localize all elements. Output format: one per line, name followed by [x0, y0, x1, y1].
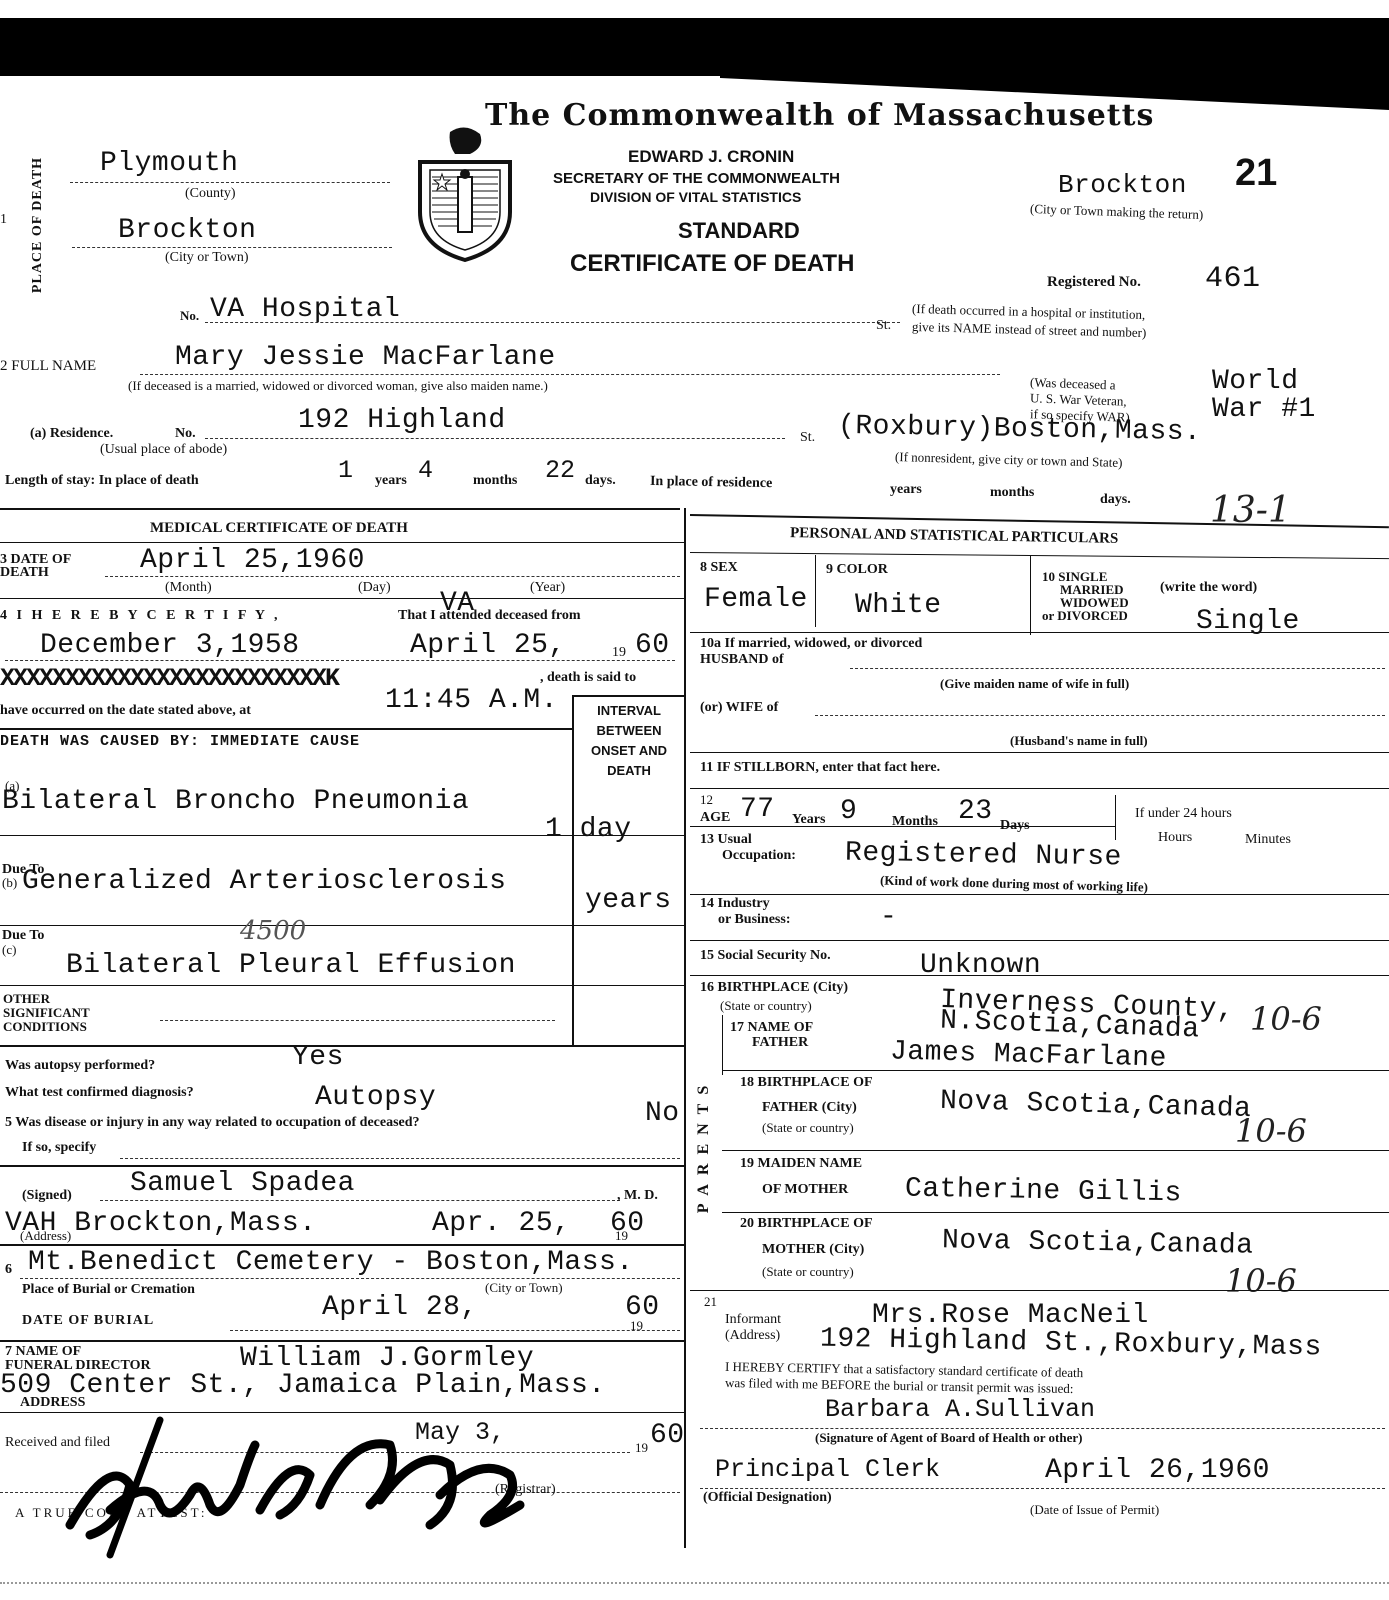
full-name-note: (If deceased is a married, widowed or di… — [128, 378, 548, 394]
stay-years-label: years — [375, 473, 407, 489]
informant-item-number: 21 — [704, 1294, 717, 1310]
physician-name: Samuel Spadea — [130, 1168, 355, 1199]
burial-date-label: DATE OF BURIAL — [22, 1313, 154, 1329]
rule — [722, 1212, 1389, 1213]
city-line — [72, 247, 392, 248]
occupation-value: Registered Nurse — [845, 838, 1122, 874]
birthplace-code: 10-6 — [1250, 1000, 1322, 1038]
father-birthplace: Nova Scotia,Canada — [940, 1086, 1252, 1125]
hours-label: Hours — [1158, 830, 1192, 846]
industry-value: - — [880, 902, 897, 933]
mother-birthplace-label: 20 BIRTHPLACE OF — [740, 1216, 873, 1232]
rule — [690, 940, 1389, 941]
rule — [0, 1340, 684, 1342]
attended-to: April 25, — [410, 630, 566, 661]
rule — [690, 1290, 1389, 1291]
color-value: White — [855, 590, 942, 621]
death-said-to: , death is said to — [540, 670, 636, 686]
informant-address: 192 Highland St.,Roxbury,Mass — [820, 1324, 1322, 1364]
burial-item-number: 6 — [5, 1262, 12, 1278]
usual-abode-label: (Usual place of abode) — [100, 442, 227, 458]
interval-box: INTERVAL BETWEEN ONSET AND DEATH — [572, 695, 684, 1045]
rule — [722, 1150, 1389, 1151]
left-section-top-rule — [0, 508, 680, 510]
division-title: DIVISION OF VITAL STATISTICS — [590, 189, 801, 205]
age-label: AGE — [700, 810, 730, 826]
test-value: Autopsy — [315, 1082, 436, 1113]
wife-line — [815, 715, 1385, 716]
cause-b-interval: years — [585, 885, 672, 916]
place-of-death-side-label: PLACE OF DEATH — [28, 130, 48, 320]
md-label: , M. D. — [617, 1188, 658, 1204]
scan-top-black-bar — [0, 18, 1389, 76]
county-label: (County) — [185, 186, 236, 202]
mother-birthplace-state-label: (State or country) — [762, 1264, 854, 1280]
cause-b-label: (b) — [2, 875, 17, 891]
burial-place: Mt.Benedict Cemetery - Boston,Mass. — [28, 1247, 634, 1278]
burial-year: 60 — [625, 1292, 660, 1323]
registered-no-label: Registered No. — [1047, 274, 1141, 291]
father-birthplace-city-label: FATHER (City) — [762, 1100, 857, 1116]
mother-birthplace-city-label: MOTHER (City) — [762, 1242, 864, 1258]
rule — [0, 598, 684, 599]
st-label: St. — [876, 318, 891, 334]
residence-stay-label: In place of residence — [650, 474, 772, 492]
designation-line — [700, 1488, 1385, 1489]
other-conditions-label: OTHER SIGNIFICANT CONDITIONS — [3, 992, 90, 1034]
column-divider — [684, 508, 686, 1548]
received-year: 60 — [650, 1420, 685, 1451]
rule — [0, 1244, 684, 1246]
veteran-war-line-2: War #1 — [1212, 394, 1316, 425]
burial-place-label: Place of Burial or Cremation — [22, 1282, 195, 1298]
cause-a-value: Bilateral Broncho Pneumonia — [2, 786, 469, 817]
full-name-line — [140, 374, 1000, 375]
rule — [0, 728, 572, 730]
rule — [0, 1412, 684, 1413]
date-of-death-label: 3 DATE OFDEATH — [0, 553, 71, 579]
stay-months: 4 — [418, 456, 433, 485]
parents-side-label: PARENTS — [694, 1070, 714, 1220]
mother-name: Catherine Gillis — [905, 1174, 1182, 1210]
cause-c-handwritten-code: 4500 — [240, 916, 306, 946]
physician-date: Apr. 25, — [432, 1208, 570, 1239]
form-type-standard: STANDARD — [678, 218, 800, 244]
funeral-address-label: ADDRESS — [20, 1395, 85, 1411]
age-days: 23 — [958, 796, 993, 827]
scan-bottom-edge — [0, 1582, 1389, 1584]
residence-no-label: No. — [175, 426, 196, 442]
industry-label: 14 Industryor Business: — [700, 896, 790, 928]
marital-labels: 10 SINGLE MARRIED WIDOWED or DIVORCED — [1042, 570, 1129, 622]
mother-birthplace: Nova Scotia,Canada — [942, 1225, 1254, 1261]
rule — [1115, 795, 1116, 840]
rule — [690, 975, 1389, 976]
permit-date: April 26,1960 — [1045, 1455, 1270, 1486]
attended-year-prefix: 19 — [612, 645, 626, 661]
funeral-director-address: 509 Center St., Jamaica Plain,Mass. — [0, 1370, 606, 1401]
county-line — [70, 182, 390, 183]
mother-label: 19 MAIDEN NAME — [740, 1156, 862, 1172]
stay-days-label: days. — [585, 473, 616, 489]
city-making-return-label: (City or Town making the return) — [1030, 201, 1204, 223]
county-value: Plymouth — [100, 148, 238, 179]
personal-section-title: PERSONAL AND STATISTICAL PARTICULARS — [790, 525, 1119, 548]
physician-line — [100, 1200, 620, 1201]
res-months-label: months — [990, 485, 1034, 501]
time-of-death: 11:45 A.M. — [385, 685, 558, 716]
signed-label: (Signed) — [22, 1188, 72, 1204]
street-value: VA Hospital — [210, 294, 400, 325]
date-of-death-value: April 25,1960 — [140, 545, 365, 576]
residence-street-value: 192 Highland — [298, 405, 506, 436]
husband-line — [850, 668, 1385, 669]
secretary-title: SECRETARY OF THE COMMONWEALTH — [553, 170, 840, 187]
massachusetts-seal-icon — [410, 122, 520, 262]
rule — [0, 985, 684, 986]
father-birthplace-state-label: (State or country) — [762, 1120, 854, 1136]
father-birthplace-label: 18 BIRTHPLACE OF — [740, 1075, 873, 1091]
res-years-label: years — [890, 482, 922, 498]
agent-label: (Signature of Agent of Board of Health o… — [815, 1430, 1082, 1446]
sex-label: 8 SEX — [700, 560, 738, 576]
burial-date: April 28, — [322, 1292, 478, 1323]
city-label: (City or Town) — [165, 250, 249, 266]
rule — [690, 826, 1115, 827]
street-line — [205, 322, 900, 323]
date-of-death-line — [105, 576, 680, 577]
occupation-label: 13 UsualOccupation: — [700, 832, 796, 864]
rule — [690, 632, 1389, 633]
stay-days: 22 — [545, 456, 575, 485]
cause-c-label: (c) — [2, 942, 16, 958]
page-number: 21 — [1235, 152, 1277, 195]
occupation-related-value: No — [645, 1098, 680, 1129]
residence-label: (a) Residence. — [30, 426, 113, 442]
city-making-return: Brockton — [1058, 170, 1187, 200]
received-year-prefix: 19 — [635, 1440, 648, 1456]
month-label: (Month) — [165, 580, 212, 596]
residence-st-label: St. — [800, 430, 815, 446]
attended-year: 60 — [635, 630, 670, 661]
rule — [0, 925, 684, 926]
age-months-label: Months — [892, 814, 938, 830]
full-name-label: 2 FULL NAME — [0, 358, 96, 375]
year-label: (Year) — [530, 580, 565, 596]
day-label: (Day) — [358, 580, 391, 596]
stay-years: 1 — [338, 456, 353, 485]
occurred-label: have occurred on the date stated above, … — [0, 703, 251, 719]
veteran-war-line-1: World — [1212, 366, 1299, 397]
sex-value: Female — [704, 584, 808, 615]
physician-address: VAH Brockton,Mass. — [5, 1208, 316, 1239]
autopsy-label: Was autopsy performed? — [5, 1058, 155, 1074]
informant-address-label: (Address) — [725, 1328, 780, 1344]
rule — [0, 1165, 684, 1167]
rule — [1030, 555, 1031, 635]
item-1-number: 1 — [0, 212, 7, 228]
medical-section-title: MEDICAL CERTIFICATE OF DEATH — [150, 520, 408, 537]
wife-note: (Husband's name in full) — [1010, 733, 1148, 749]
stay-months-label: months — [473, 473, 517, 489]
rule — [690, 788, 1389, 789]
res-days-label: days. — [1100, 492, 1131, 508]
agent-line — [700, 1428, 1385, 1429]
no-label: No. — [180, 308, 199, 324]
occupation-note: (Kind of work done during most of workin… — [880, 872, 1148, 895]
certify-text: That I attended deceased from — [398, 608, 581, 624]
occupation-related-label: 5 Was disease or injury in any way relat… — [5, 1115, 420, 1131]
specify-line — [120, 1158, 680, 1159]
rule — [722, 1015, 723, 1075]
stillborn-label: 11 IF STILLBORN, enter that fact here. — [700, 760, 940, 776]
ssn-label: 15 Social Security No. — [700, 948, 831, 964]
burial-date-line — [230, 1330, 680, 1331]
residence-city-value: (Roxbury)Boston,Mass. — [838, 411, 1202, 448]
other-conditions-line — [160, 1020, 555, 1021]
informant-label: Informant — [725, 1312, 781, 1328]
cause-c-value: Bilateral Pleural Effusion — [66, 950, 516, 981]
caused-by-label: DEATH WAS CAUSED BY: IMMEDIATE CAUSE — [0, 733, 360, 750]
form-type-certificate: CERTIFICATE OF DEATH — [570, 250, 854, 278]
cause-b-value: Generalized Arteriosclerosis — [22, 866, 506, 897]
color-label: 9 COLOR — [826, 562, 888, 578]
length-of-stay-label: Length of stay: In place of death — [5, 473, 199, 489]
husband-note: (Give maiden name of wife in full) — [940, 676, 1129, 692]
cause-a-interval: 1 day — [545, 814, 632, 845]
residence-street-line — [205, 438, 785, 439]
attended-line — [5, 660, 675, 661]
struck-out-text: XXXXXXXXXXXXXXXXXXXXXXXXXK — [0, 664, 338, 693]
attended-from: December 3,1958 — [40, 630, 300, 661]
father-name: James MacFarlane — [890, 1036, 1168, 1074]
age-item-number: 12 — [700, 792, 713, 808]
hospital-note-2: give its NAME instead of street and numb… — [912, 319, 1147, 341]
attended-by-overtype: VA — [440, 588, 475, 619]
rule — [0, 542, 684, 543]
burial-city-label: (City or Town) — [485, 1280, 563, 1296]
secretary-name: EDWARD J. CRONIN — [628, 147, 794, 167]
rule — [690, 894, 1389, 895]
age-months: 9 — [840, 796, 857, 827]
rule — [722, 1070, 1389, 1071]
specify-label: If so, specify — [22, 1140, 96, 1156]
rule — [815, 555, 816, 627]
rule — [690, 552, 1389, 559]
interval-header: INTERVAL BETWEEN ONSET AND DEATH — [574, 697, 684, 781]
minutes-label: Minutes — [1245, 832, 1291, 848]
father-label: 17 NAME OFFATHER — [730, 1020, 813, 1050]
ssn-value: Unknown — [920, 950, 1041, 981]
birthplace-label: 16 BIRTHPLACE (City) — [700, 980, 848, 996]
test-label: What test confirmed diagnosis? — [5, 1085, 194, 1101]
registrar-signature-icon — [50, 1415, 550, 1565]
certify-label: 4 I H E R E B Y C E R T I F Y , — [0, 608, 280, 624]
permit-date-label: (Date of Issue of Permit) — [1030, 1502, 1159, 1518]
wife-label: (or) WIFE of — [700, 700, 778, 716]
age-years: 77 — [740, 794, 775, 825]
father-birth-code: 10-6 — [1235, 1112, 1307, 1150]
rule — [690, 752, 1389, 753]
official-designation-label: (Official Designation) — [703, 1490, 832, 1506]
registered-no: 461 — [1205, 262, 1261, 296]
official-designation: Principal Clerk — [715, 1455, 940, 1484]
full-name-value: Mary Jessie MacFarlane — [175, 342, 556, 373]
nonresident-note: (If nonresident, give city or town and S… — [895, 449, 1123, 471]
husband-label: HUSBAND of — [700, 652, 784, 668]
autopsy-value: Yes — [292, 1042, 344, 1073]
mother-label-2: OF MOTHER — [762, 1182, 848, 1198]
mother-birth-code: 10-6 — [1225, 1262, 1297, 1300]
marital-note: (write the word) — [1160, 580, 1257, 596]
funeral-director-label: 7 NAME OFFUNERAL DIRECTOR — [5, 1345, 151, 1373]
birthplace-label-2: (State or country) — [720, 998, 812, 1014]
under-24-label: If under 24 hours — [1135, 806, 1232, 822]
agent-signature: Barbara A.Sullivan — [825, 1395, 1095, 1424]
city-value: Brockton — [118, 215, 256, 246]
burial-place-line — [20, 1278, 680, 1279]
commonwealth-title: The Commonwealth of Massachusetts — [485, 98, 1154, 133]
physician-year: 60 — [610, 1208, 645, 1239]
spouse-label: 10a If married, widowed, or divorced — [700, 636, 922, 652]
